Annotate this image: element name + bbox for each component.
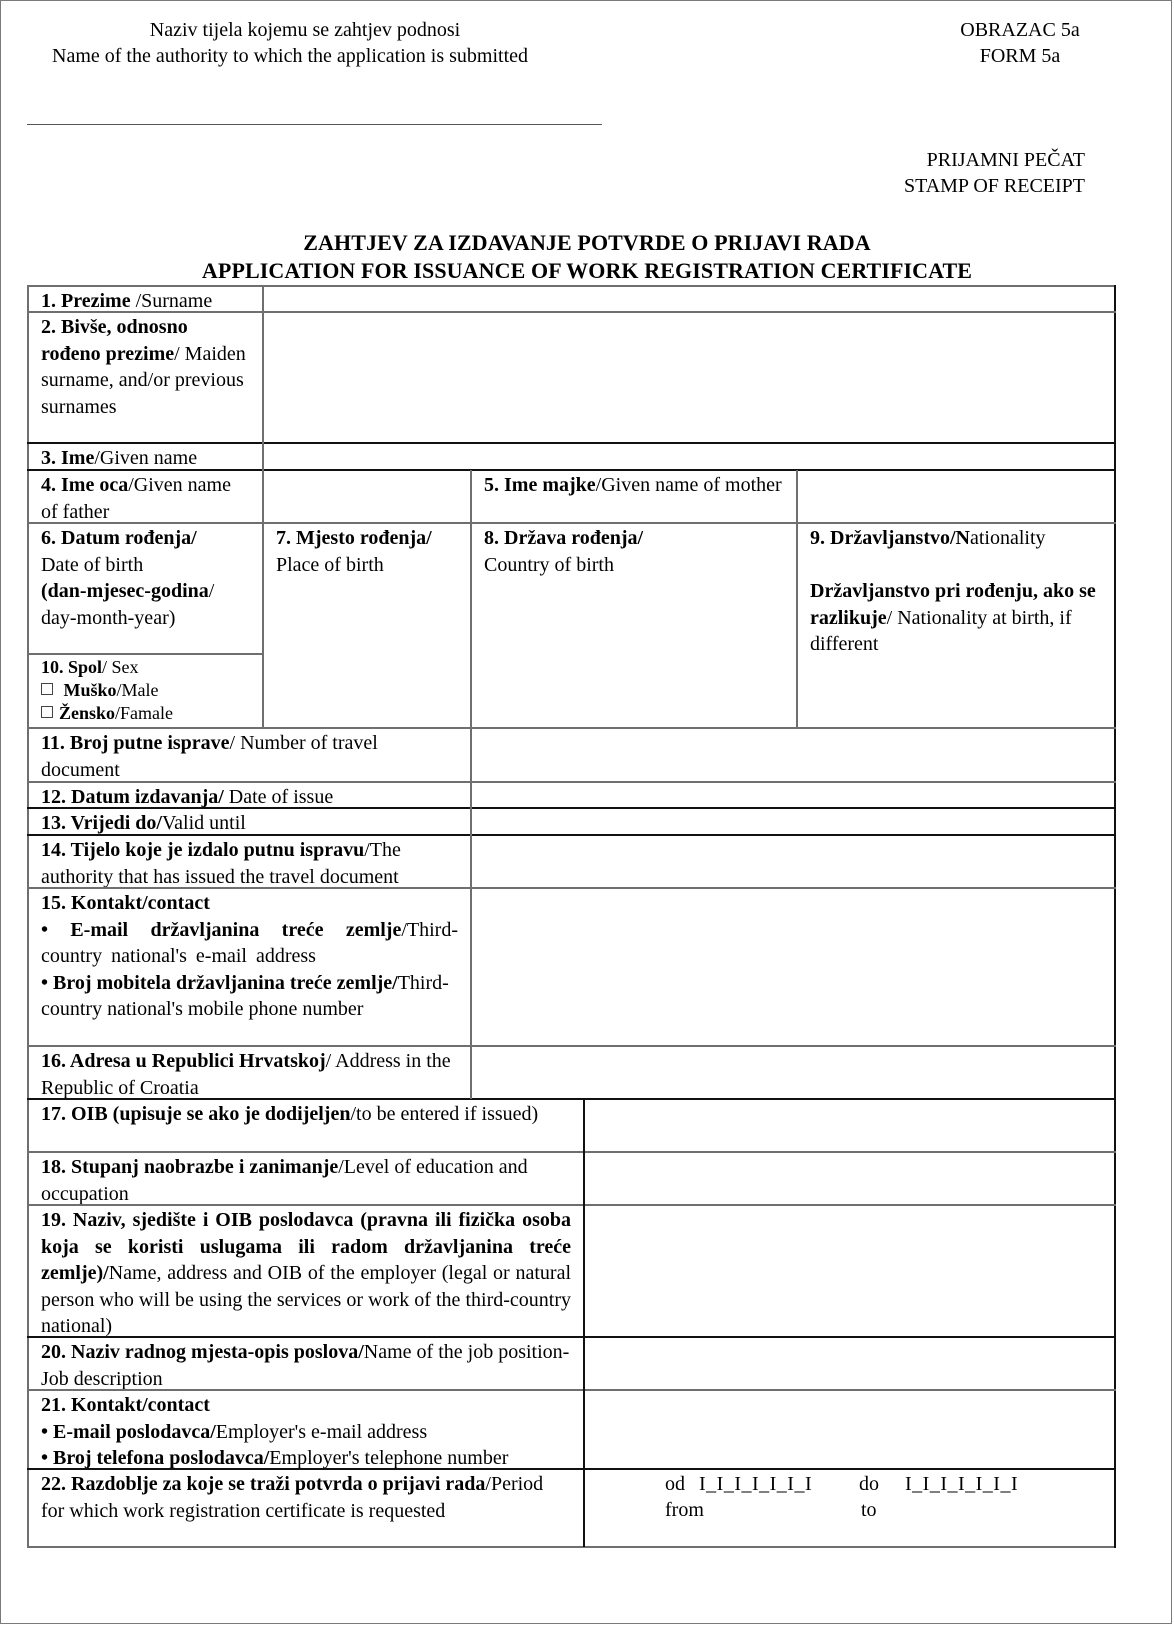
date-of-issue-input[interactable] [472, 783, 1114, 807]
form-title-en: APPLICATION FOR ISSUANCE OF WORK REGISTR… [0, 256, 1174, 285]
label-job-position: 20. Naziv radnog mjesta-opis poslova/Nam… [29, 1338, 583, 1389]
stamp-label-hr: PRIJAMNI PEČAT [820, 148, 1085, 172]
label-mother-name: 5. Ime majke/Given name of mother [472, 471, 796, 522]
label-applicant-contact: 15. Kontakt/contact • E-mail državljanin… [29, 889, 470, 1045]
form-number-hr: OBRAZAC 5a [930, 18, 1110, 42]
period-from-date-input[interactable]: I_I_I_I_I_I_I [699, 1471, 812, 1497]
label-father-name: 4. Ime oca/Given name of father [29, 471, 262, 522]
label-employer-contact: 21. Kontakt/contact • E-mail poslodavca/… [29, 1391, 583, 1468]
checkbox-male[interactable] [41, 683, 53, 695]
label-date-of-birth[interactable]: 6. Datum rođenja/ Date of birth(dan-mjes… [29, 524, 262, 653]
label-country-of-birth[interactable]: 8. Država rođenja/Country of birth [472, 524, 796, 727]
authority-name-line[interactable] [27, 124, 602, 125]
label-date-of-issue: 12. Datum izdavanja/ Date of issue [29, 783, 470, 807]
job-position-input[interactable] [585, 1338, 1114, 1389]
label-period-requested: 22. Razdoblje za koje se traži potvrda o… [29, 1470, 583, 1546]
address-croatia-input[interactable] [472, 1047, 1114, 1098]
label-oib: 17. OIB (upisuje se ako je dodijeljen/to… [29, 1100, 583, 1151]
valid-until-input[interactable] [472, 809, 1114, 834]
oib-input[interactable] [585, 1100, 1114, 1151]
table-border-right [1114, 285, 1116, 1548]
mother-name-input[interactable] [798, 471, 1114, 522]
employer-contact-input[interactable] [585, 1391, 1114, 1468]
period-cell: od I_I_I_I_I_I_I from do I_I_I_I_I_I_I t… [585, 1470, 1114, 1546]
label-surname: 1. Prezime /Surname [29, 287, 262, 311]
label-issuing-authority: 14. Tijelo koje je izdalo putnu ispravu/… [29, 836, 470, 887]
label-place-of-birth[interactable]: 7. Mjesto rođenja/Place of birth [264, 524, 470, 727]
sex-option-female[interactable]: Žensko/Famale [41, 702, 250, 725]
period-to-label-hr: do [859, 1471, 879, 1497]
maiden-surname-input[interactable] [264, 313, 1114, 442]
label-education-occupation: 18. Stupanj naobrazbe i zanimanje/Level … [29, 1153, 583, 1204]
education-occupation-input[interactable] [585, 1153, 1114, 1204]
stamp-label-en: STAMP OF RECEIPT [820, 174, 1085, 198]
form-title-hr: ZAHTJEV ZA IZDAVANJE POTVRDE O PRIJAVI R… [0, 228, 1174, 257]
sex-option-male[interactable]: Muško/Male [41, 679, 250, 702]
checkbox-female[interactable] [41, 706, 53, 718]
father-name-input[interactable] [264, 471, 470, 522]
label-employer-details: 19. Naziv, sjedište i OIB poslodavca (pr… [29, 1206, 583, 1336]
period-to-date-input[interactable]: I_I_I_I_I_I_I [905, 1471, 1018, 1497]
surname-input[interactable] [264, 287, 1114, 311]
label-nationality[interactable]: 9. Državljanstvo/NationalityDržavljanstv… [798, 524, 1114, 727]
label-address-croatia: 16. Adresa u Republici Hrvatskoj/ Addres… [29, 1047, 470, 1098]
applicant-contact-input[interactable] [472, 889, 1114, 1045]
label-travel-document-number: 11. Broj putne isprave/ Number of travel… [29, 729, 470, 781]
label-maiden-surname: 2. Bivše, odnosno rođeno prezime/ Maiden… [29, 313, 262, 442]
given-name-input[interactable] [264, 444, 1114, 469]
table-border-bottom [27, 1546, 1116, 1548]
label-given-name: 3. Ime/Given name [29, 444, 262, 469]
period-from-label-hr: od [665, 1471, 685, 1497]
form-number-en: FORM 5a [930, 44, 1110, 68]
issuing-authority-input[interactable] [472, 836, 1114, 887]
sex-group: 10. Spol/ Sex Muško/Male Žensko/Famale [29, 655, 262, 727]
period-from-label-en: from [665, 1497, 704, 1523]
label-valid-until: 13. Vrijedi do/Valid until [29, 809, 470, 834]
employer-details-input[interactable] [585, 1206, 1114, 1336]
travel-document-number-input[interactable] [472, 729, 1114, 781]
authority-label-hr: Naziv tijela kojemu se zahtjev podnosi [40, 18, 570, 42]
period-to-label-en: to [861, 1497, 877, 1523]
authority-label-en: Name of the authority to which the appli… [52, 44, 528, 68]
